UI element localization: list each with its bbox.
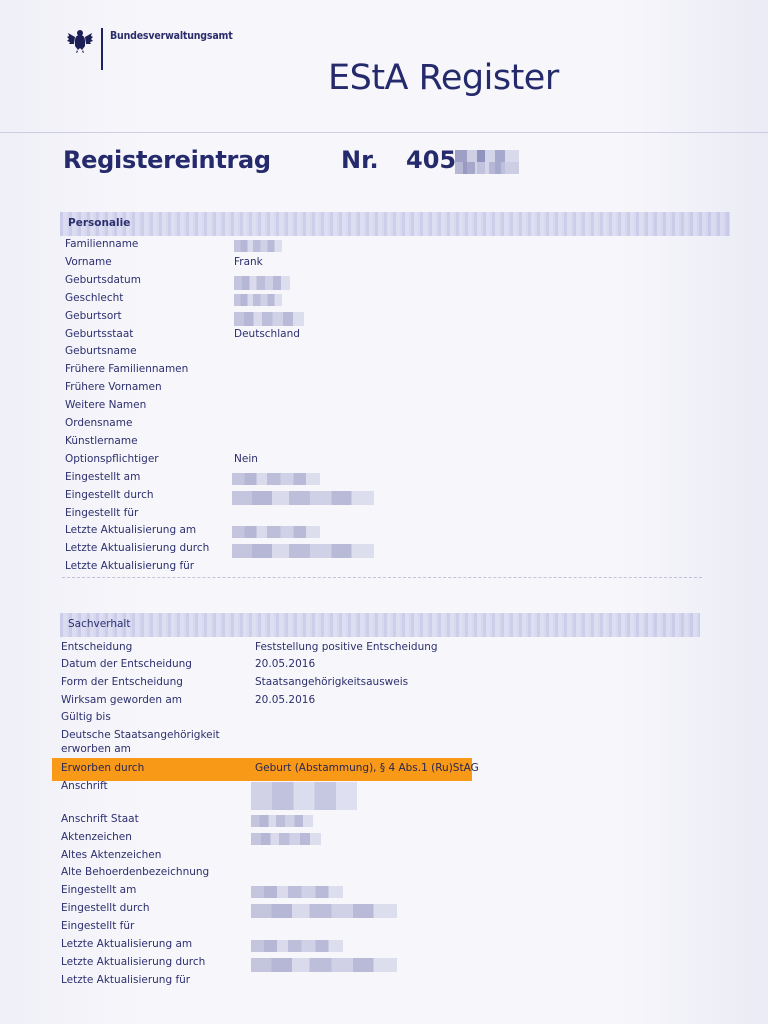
field-label: Eingestellt für [65,507,138,519]
field-row-fruehere-familiennamen: Frühere Familiennamen [0,363,768,380]
redacted-value [251,940,343,952]
field-row-geburtsname: Geburtsname [0,345,768,362]
redacted-value [251,833,321,845]
field-row-aktenzeichen: Aktenzeichen [0,831,768,848]
field-row-letzte-aktualisierung-durch: Letzte Aktualisierung durch [0,542,768,559]
field-label: Geburtsort [65,310,122,322]
field-label: Weitere Namen [65,399,146,411]
field-label: Letzte Aktualisierung durch [61,956,205,968]
section-divider [62,577,702,579]
field-value: Deutschland [234,328,300,340]
field-label: Familienname [65,238,138,250]
field-row-letzte-aktualisierung-fuer: Letzte Aktualisierung für [0,974,768,991]
field-label: Frühere Familiennamen [65,363,188,375]
redacted-value [234,294,282,306]
field-value: 20.05.2016 [255,694,315,706]
redacted-value [234,240,282,252]
field-label: Gültig bis [61,711,111,723]
field-row-vorname: VornameFrank [0,256,768,273]
field-label: Eingestellt durch [61,902,150,914]
field-label: Eingestellt am [65,471,140,483]
logo-divider [101,28,103,70]
field-label: Eingestellt am [61,884,136,896]
field-row-entscheidung: EntscheidungFeststellung positive Entsch… [0,641,768,658]
redacted-value [232,544,374,558]
field-label: Frühere Vornamen [65,381,162,393]
field-row-ordensname: Ordensname [0,417,768,434]
field-row-geburtsort: Geburtsort [0,310,768,327]
field-label: Datum der Entscheidung [61,658,192,670]
field-label: Vorname [65,256,112,268]
field-label: Wirksam geworden am [61,694,182,706]
field-row-eingestellt-am: Eingestellt am [0,884,768,901]
field-row-geburtsdatum: Geburtsdatum [0,274,768,291]
field-label: Geschlecht [65,292,123,304]
field-value: Staatsangehörigkeitsausweis [255,676,408,688]
redacted-value [251,904,397,918]
field-row-erworben-am: erworben am [0,743,768,760]
field-label: Geburtsstaat [65,328,133,340]
field-row-familienname: Familienname [0,238,768,255]
field-row-wirksam-geworden-am: Wirksam geworden am20.05.2016 [0,694,768,711]
field-label: Anschrift Staat [61,813,139,825]
field-label: Eingestellt durch [65,489,154,501]
field-value: Geburt (Abstammung), § 4 Abs.1 (Ru)StAG [255,762,479,774]
field-row-alte-behoerdenbezeichnung: Alte Behoerdenbezeichnung [0,866,768,883]
redacted-value [251,782,357,810]
field-label: erworben am [61,743,131,755]
field-row-anschrift-staat: Anschrift Staat [0,813,768,830]
field-row-geburtsstaat: GeburtsstaatDeutschland [0,328,768,345]
field-label: Geburtsname [65,345,137,357]
section-header-personalie: Personalie [60,212,730,236]
section-label-personalie: Personalie [68,217,130,229]
field-label: Alte Behoerdenbezeichnung [61,866,209,878]
field-label: Optionspflichtiger [65,453,159,465]
field-label: Form der Entscheidung [61,676,183,688]
field-row-anschrift: Anschrift [0,780,768,797]
field-row-letzte-aktualisierung-am: Letzte Aktualisierung am [0,938,768,955]
field-label: Letzte Aktualisierung am [65,524,196,536]
entry-title: Registereintrag [63,146,271,174]
field-label: Letzte Aktualisierung für [65,560,194,572]
field-row-gueltig-bis: Gültig bis [0,711,768,728]
field-label: Ordensname [65,417,132,429]
agency-name: Bundesverwaltungsamt [110,30,233,42]
field-row-letzte-aktualisierung-durch: Letzte Aktualisierung durch [0,956,768,973]
redacted-value [251,886,343,898]
field-label: Letzte Aktualisierung für [61,974,190,986]
field-row-altes-aktenzeichen: Altes Aktenzeichen [0,849,768,866]
field-label: Geburtsdatum [65,274,141,286]
field-row-letzte-aktualisierung-am: Letzte Aktualisierung am [0,524,768,541]
field-label: Entscheidung [61,641,132,653]
redacted-value [251,815,313,827]
entry-number-label: Nr. [341,146,379,174]
field-value: Feststellung positive Entscheidung [255,641,438,653]
field-row-eingestellt-am: Eingestellt am [0,471,768,488]
field-row-datum-der-entscheidung: Datum der Entscheidung20.05.2016 [0,658,768,675]
field-label: Erworben durch [61,762,144,774]
field-row-eingestellt-durch: Eingestellt durch [0,902,768,919]
field-row-eingestellt-fuer: Eingestellt für [0,920,768,937]
section-label-sachverhalt: Sachverhalt [68,618,130,630]
field-row-letzte-aktualisierung-fuer: Letzte Aktualisierung für [0,560,768,577]
field-label: Letzte Aktualisierung am [61,938,192,950]
entry-number-value: 405 [406,146,456,174]
field-row-geschlecht: Geschlecht [0,292,768,309]
federal-eagle-icon [66,28,94,54]
redacted-value [232,526,320,538]
redacted-value [251,958,397,972]
field-value: 20.05.2016 [255,658,315,670]
field-row-optionspflichtiger: OptionspflichtigerNein [0,453,768,470]
redacted-value [232,491,374,505]
field-value: Frank [234,256,263,268]
field-label: Anschrift [61,780,108,792]
field-row-weitere-namen: Weitere Namen [0,399,768,416]
field-row-form-der-entscheidung: Form der EntscheidungStaatsangehörigkeit… [0,676,768,693]
field-label: Aktenzeichen [61,831,132,843]
redacted-value [234,276,290,290]
field-row-erworben-durch: Erworben durchGeburt (Abstammung), § 4 A… [0,762,768,779]
field-row-fruehere-vornamen: Frühere Vornamen [0,381,768,398]
field-row-kuenstlername: Künstlername [0,435,768,452]
redacted-value [232,473,320,485]
document-page: Bundesverwaltungsamt EStA Register Regis… [0,0,768,1024]
field-label: Eingestellt für [61,920,134,932]
field-label: Künstlername [65,435,138,447]
field-row-eingestellt-durch: Eingestellt durch [0,489,768,506]
field-value: Nein [234,453,258,465]
entry-number-redacted [455,150,519,174]
section-header-sachverhalt: Sachverhalt [60,613,700,637]
field-row-eingestellt-fuer: Eingestellt für [0,507,768,524]
app-title: EStA Register [328,58,559,98]
redacted-value [234,312,304,326]
field-label: Letzte Aktualisierung durch [65,542,209,554]
field-label: Deutsche Staatsangehörigkeit [61,729,220,741]
header-rule [0,132,768,133]
field-label: Altes Aktenzeichen [61,849,161,861]
